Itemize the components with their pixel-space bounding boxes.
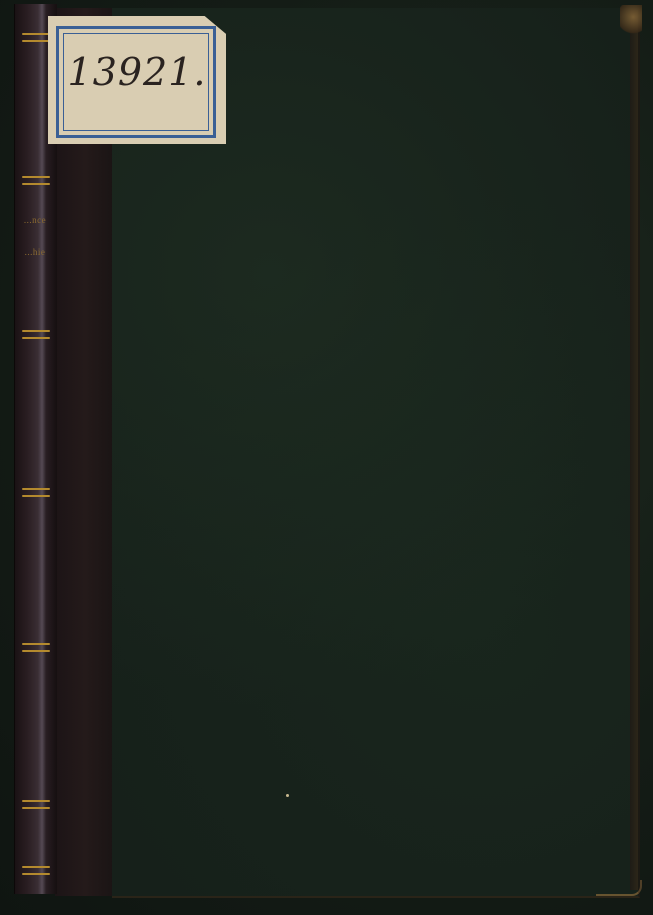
spine-sheen	[38, 4, 46, 894]
gold-band	[22, 183, 50, 185]
gold-band	[22, 488, 50, 490]
gold-band	[22, 495, 50, 497]
gold-band	[22, 330, 50, 332]
worn-corner-bottom	[596, 880, 642, 896]
gold-band	[22, 33, 50, 35]
gold-band	[22, 650, 50, 652]
spine-title-line-1: ...nce	[20, 215, 50, 229]
book-photo: ...nce ...hie 13921.	[0, 0, 653, 915]
gold-band	[22, 40, 50, 42]
label-number: 13921.	[48, 50, 226, 94]
gold-band	[22, 866, 50, 868]
gold-band	[22, 873, 50, 875]
gold-band	[22, 800, 50, 802]
gold-band	[22, 807, 50, 809]
board-edge	[630, 10, 638, 890]
speck	[286, 794, 289, 797]
gold-band	[22, 176, 50, 178]
gold-band	[22, 337, 50, 339]
worn-corner-top	[620, 5, 642, 35]
spine-title-line-2: ...hie	[20, 247, 50, 261]
library-label: 13921.	[48, 16, 226, 144]
gold-band	[22, 643, 50, 645]
